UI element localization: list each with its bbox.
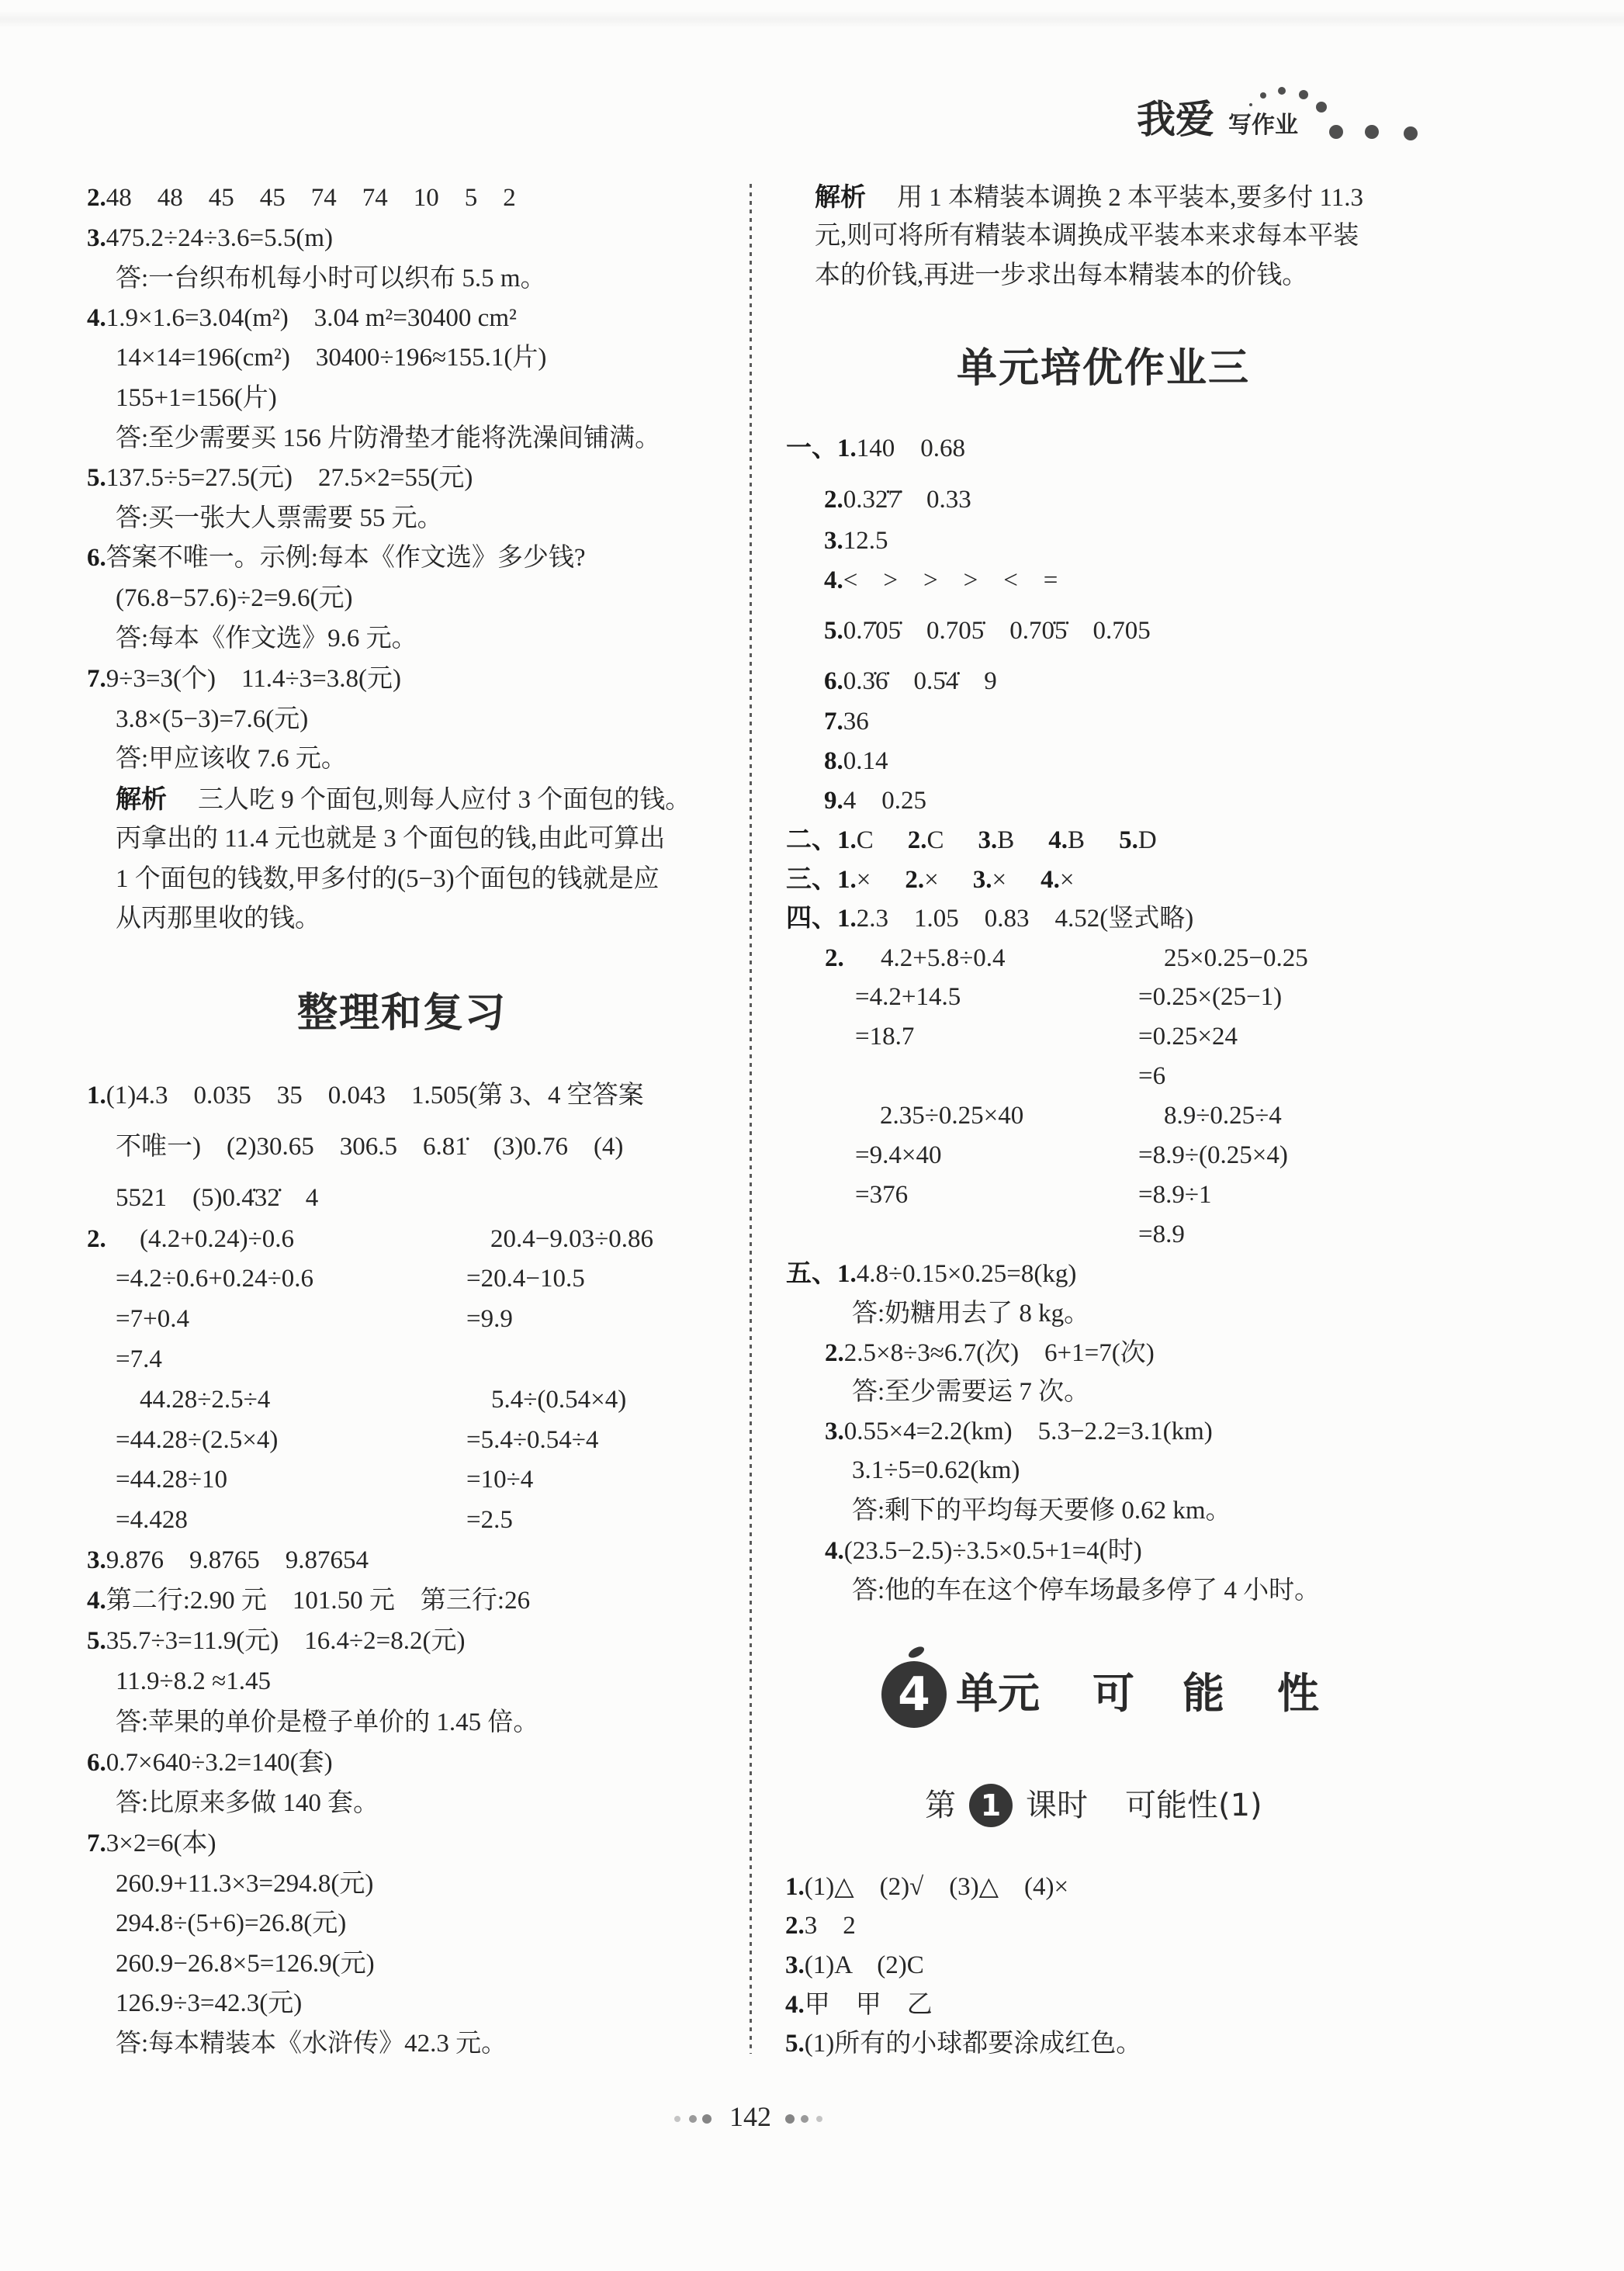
item-number: 3. — [973, 866, 992, 894]
answer-item: 9.4 0.25 — [824, 785, 926, 816]
calc-line: 11.9÷8.2 ≈1.45 — [116, 1666, 271, 1697]
answer-item: 3.0.55×4=2.2(km) 5.3−2.2=3.1(km) — [825, 1416, 1213, 1447]
item-number: 4. — [1048, 826, 1068, 854]
item-text: 12.5 — [843, 527, 888, 555]
item-text: < > > > < = — [843, 566, 1058, 594]
item-number: 2. — [825, 943, 844, 974]
calc-line: =8.9÷1 — [1138, 1179, 1211, 1210]
decorative-dot-icon — [1404, 126, 1418, 140]
calc-line: =18.7 — [855, 1021, 914, 1052]
decorative-dot-icon — [674, 2116, 680, 2122]
item-text: 3 2 — [805, 1912, 856, 1940]
item-text: 答案不唯一。示例:每本《作文选》多少钱? — [106, 544, 586, 572]
item-number: 2. — [824, 486, 843, 514]
calc-line: 4.2+5.8÷0.4 — [881, 943, 1005, 974]
answer-item: 一、1.140 0.68 — [786, 433, 965, 464]
decorative-dot-icon — [1249, 103, 1252, 106]
item-text: 137.5÷5=27.5(元) 27.5×2=55(元) — [106, 464, 473, 492]
item-text: 2.5×8÷3≈6.7(次) 6+1=7(次) — [844, 1339, 1155, 1367]
analysis-text: 三人吃 9 个面包,则每人应付 3 个面包的钱。 — [198, 786, 691, 814]
calc-line: =44.28÷10 — [116, 1464, 227, 1495]
item-number: 1. — [837, 434, 857, 462]
calc-line: =10÷4 — [466, 1464, 533, 1495]
part-label: 五、 — [786, 1260, 837, 1288]
calc-line: =4.428 — [116, 1504, 188, 1535]
answer-sentence: 答:他的车在这个停车场最多停了 4 小时。 — [852, 1575, 1320, 1606]
item-number: 2. — [87, 1224, 106, 1255]
answer-item: 5.0.7̇05̇ 0.705̇ 0.70̇5̇ 0.705 — [824, 615, 1151, 646]
item-number: 5. — [87, 464, 106, 492]
answer-sentence: 答:剩下的平均每天要修 0.62 km。 — [852, 1495, 1231, 1526]
decorative-dot-icon — [1278, 87, 1286, 95]
item-text: (1)4.3 0.035 35 0.043 1.505(第 3、4 空答案 — [106, 1082, 644, 1110]
calc-line: 3.1÷5=0.62(km) — [852, 1455, 1020, 1486]
calc-line: 3.8×(5−3)=7.6(元) — [116, 704, 308, 735]
answer-sentence: 答:一台织布机每小时可以织布 5.5 m。 — [116, 263, 546, 294]
decorative-dot-icon — [1329, 125, 1343, 139]
answer-item: 6.0.7×640÷3.2=140(套) — [87, 1747, 333, 1778]
calc-line: =9.4×40 — [855, 1140, 941, 1171]
item-number: 1. — [837, 866, 857, 894]
item-number: 3. — [824, 527, 843, 555]
decorative-dot-icon — [702, 2114, 712, 2124]
item-number: 8. — [824, 747, 843, 775]
answer-item: 6.0.3̇6̇ 0.5̇4̇ 9 — [824, 666, 997, 697]
answer-item: 3.12.5 — [824, 525, 888, 556]
answer-key-page: 我爱 写作业 2.48 48 45 45 74 74 10 5 2 3.475.… — [0, 0, 1624, 2271]
item-text: 4.8÷0.15×0.25=8(kg) — [857, 1260, 1077, 1288]
item-number: 4. — [825, 1537, 844, 1565]
item-number: 6. — [87, 544, 106, 572]
answer-item: 1.(1)4.3 0.035 35 0.043 1.505(第 3、4 空答案 — [87, 1080, 644, 1111]
item-text: 9÷3=3(个) 11.4÷3=3.8(元) — [106, 665, 401, 693]
choice-answer: 2.C — [908, 825, 944, 856]
judgement-answer: 1.× — [837, 864, 871, 895]
answer-item: 7.9÷3=3(个) 11.4÷3=3.8(元) — [87, 663, 401, 694]
decorative-dot-icon — [801, 2115, 809, 2123]
analysis-line: 1 个面包的钱数,甲多付的(5−3)个面包的钱就是应 — [116, 864, 660, 895]
answer-item: 4.(23.5−2.5)÷3.5×0.5+1=4(时) — [825, 1535, 1142, 1567]
answer-item: 7.36 — [824, 706, 869, 737]
calc-line: 14×14=196(cm²) 30400÷196≈155.1(片) — [116, 342, 546, 373]
calc-line: 25×0.25−0.25 — [1164, 943, 1308, 974]
leaf-icon — [907, 1644, 926, 1660]
item-text: 4 0.25 — [843, 787, 926, 815]
item-number: 1. — [837, 826, 857, 854]
item-number: 4. — [87, 304, 106, 332]
item-text: 0.55×4=2.2(km) 5.3−2.2=3.1(km) — [844, 1418, 1213, 1445]
judgement-answer: 3.× — [973, 864, 1006, 895]
calc-line: 126.9÷3=42.3(元) — [116, 1988, 302, 2019]
item-number: 7. — [87, 1830, 106, 1857]
scan-artifact — [0, 11, 1624, 28]
item-text: B — [997, 826, 1014, 854]
calc-line: =376 — [855, 1179, 908, 1210]
answer-item: 4.甲 甲 乙 — [785, 1989, 933, 2020]
decorative-dot-icon — [1260, 92, 1266, 99]
judgement-answer: 2.× — [905, 864, 938, 895]
analysis-text: 用 1 本精装本调换 2 本平装本,要多付 11.3 — [897, 184, 1363, 212]
item-number: 2. — [905, 866, 924, 894]
item-text: 2.3 1.05 0.83 4.52(竖式略) — [857, 905, 1193, 933]
item-number: 1. — [87, 1082, 106, 1110]
answer-item: 四、1.2.3 1.05 0.83 4.52(竖式略) — [786, 903, 1193, 934]
item-text: 475.2÷24÷3.6=5.5(m) — [106, 224, 333, 252]
calc-line: =8.9÷(0.25×4) — [1138, 1140, 1288, 1171]
unit-title-char: 能 — [1183, 1669, 1224, 1719]
answer-item: 6.答案不唯一。示例:每本《作文选》多少钱? — [87, 542, 586, 573]
decorative-dot-icon — [816, 2116, 822, 2122]
answer-line: 不唯一) (2)30.65 306.5 6.81̇ (3)0.76 (4) — [116, 1131, 623, 1162]
unit-label: 单元 — [956, 1669, 1040, 1719]
item-number: 9. — [824, 787, 843, 815]
calc-line: =7.4 — [116, 1344, 162, 1375]
calc-line: 2.35÷0.25×40 — [880, 1100, 1023, 1131]
item-text: 9.876 9.8765 9.87654 — [106, 1546, 369, 1574]
answer-item: 五、1.4.8÷0.15×0.25=8(kg) — [786, 1258, 1076, 1290]
analysis-line: 从丙那里收的钱。 — [116, 903, 320, 934]
answer-item: 3.9.876 9.8765 9.87654 — [87, 1545, 369, 1576]
section-title-unit-homework: 单元培优作业三 — [957, 344, 1250, 393]
brand-large-text: 我爱 — [1137, 96, 1214, 143]
answer-sentence: 答:甲应该收 7.6 元。 — [116, 743, 347, 774]
item-text: 0.7×640÷3.2=140(套) — [106, 1749, 333, 1777]
item-text: (1)所有的小球都要涂成红色。 — [805, 2030, 1141, 2058]
calc-line: =0.25×(25−1) — [1138, 981, 1282, 1013]
choice-answer: 4.B — [1048, 825, 1085, 856]
lesson-title: 可能性(1) — [1125, 1787, 1262, 1824]
section-title-review: 整理和复习 — [297, 988, 507, 1038]
item-text: D — [1138, 826, 1157, 854]
calc-line: (4.2+0.24)÷0.6 — [140, 1224, 294, 1255]
calc-line: 155+1=156(片) — [116, 383, 277, 414]
item-number: 3. — [785, 1951, 805, 1979]
calc-line: =2.5 — [466, 1504, 513, 1535]
answer-sentence: 答:每本精装本《水浒传》42.3 元。 — [116, 2028, 507, 2059]
calc-line: =9.9 — [466, 1303, 513, 1335]
answer-item: 2.0.32̇7̇ 0.33 — [824, 484, 971, 515]
item-text: 35.7÷3=11.9(元) 16.4÷2=8.2(元) — [106, 1627, 466, 1655]
calc-line: 44.28÷2.5÷4 — [140, 1384, 270, 1415]
answer-item: 4.第二行:2.90 元 101.50 元 第三行:26 — [87, 1585, 530, 1616]
analysis-line: 解析三人吃 9 个面包,则每人应付 3 个面包的钱。 — [116, 784, 691, 815]
decorative-dot-icon — [689, 2115, 697, 2123]
answer-item: 5.35.7÷3=11.9(元) 16.4÷2=8.2(元) — [87, 1625, 465, 1657]
answer-sentence: 答:每本《作文选》9.6 元。 — [116, 623, 417, 654]
lesson-number-badge: 1 — [969, 1784, 1013, 1827]
item-text: 0.7̇05̇ 0.705̇ 0.70̇5̇ 0.705 — [843, 617, 1151, 645]
decorative-dot-icon — [785, 2114, 795, 2124]
item-number: 3. — [87, 1546, 106, 1574]
part-label: 四、 — [786, 905, 837, 933]
item-text: 第二行:2.90 元 101.50 元 第三行:26 — [106, 1587, 530, 1615]
calc-line: =5.4÷0.54÷4 — [466, 1425, 598, 1456]
calc-line: =7+0.4 — [116, 1303, 189, 1335]
judgement-answer: 4.× — [1041, 864, 1074, 895]
item-text: 1.9×1.6=3.04(m²) 3.04 m²=30400 cm² — [106, 304, 517, 332]
answer-item: 7.3×2=6(本) — [87, 1828, 216, 1859]
item-number: 2. — [785, 1912, 805, 1940]
part-label: 三、 — [786, 866, 837, 894]
item-number: 6. — [824, 667, 843, 695]
analysis-label: 解析 — [815, 182, 866, 212]
item-number: 2. — [825, 1339, 844, 1367]
brand-small-text: 写作业 — [1228, 112, 1298, 140]
item-number: 3. — [87, 224, 106, 252]
item-text: 0.14 — [843, 747, 888, 775]
choice-answer: 3.B — [978, 825, 1015, 856]
answer-item: 2.2.5×8÷3≈6.7(次) 6+1=7(次) — [825, 1338, 1155, 1369]
item-number: 5. — [824, 617, 843, 645]
answer-item: 4.< > > > < = — [824, 565, 1058, 596]
calc-line: =20.4−10.5 — [466, 1263, 585, 1294]
cross-mark-icon: × — [1060, 866, 1075, 894]
cross-mark-icon: × — [857, 866, 871, 894]
lesson-prefix: 第 — [925, 1787, 956, 1824]
item-text: (1)A (2)C — [805, 1951, 924, 1979]
unit-title-char: 可 — [1092, 1669, 1134, 1719]
answer-item: 5.(1)所有的小球都要涂成红色。 — [785, 2028, 1141, 2059]
column-divider — [750, 184, 752, 2054]
calc-line: =44.28÷(2.5×4) — [116, 1425, 278, 1456]
item-number: 4. — [785, 1991, 805, 2019]
answer-item: 4.1.9×1.6=3.04(m²) 3.04 m²=30400 cm² — [87, 303, 517, 334]
analysis-line: 元,则可将所有精装本调换成平装本来求每本平装 — [815, 220, 1359, 251]
item-text: 甲 甲 乙 — [805, 1991, 933, 2019]
item-text: 36 — [843, 708, 869, 736]
calc-line: 294.8÷(5+6)=26.8(元) — [116, 1908, 346, 1939]
answer-sentence: 答:至少需要买 156 片防滑垫才能将洗澡间铺满。 — [116, 423, 660, 454]
answer-item: 5.137.5÷5=27.5(元) 27.5×2=55(元) — [87, 462, 473, 493]
cross-mark-icon: × — [992, 866, 1007, 894]
item-number: 5. — [1119, 826, 1138, 854]
answer-item: 2.48 48 45 45 74 74 10 5 2 — [87, 182, 516, 213]
choice-answer: 5.D — [1119, 825, 1157, 856]
item-number: 7. — [87, 665, 106, 693]
analysis-line: 解析用 1 本精装本调换 2 本平装本,要多付 11.3 — [815, 182, 1363, 213]
answer-item: 3.(1)A (2)C — [785, 1950, 924, 1981]
item-text: 0.32̇7̇ 0.33 — [843, 486, 971, 514]
calc-line: (76.8−57.6)÷2=9.6(元) — [116, 583, 353, 614]
item-number: 7. — [824, 708, 843, 736]
item-number: 1. — [785, 1873, 805, 1901]
calc-line: =4.2+14.5 — [855, 981, 961, 1013]
item-number: 5. — [785, 2030, 805, 2058]
item-text: 48 48 45 45 74 74 10 5 2 — [106, 184, 516, 212]
calc-line: =4.2÷0.6+0.24÷0.6 — [116, 1263, 313, 1294]
item-text: 140 0.68 — [857, 434, 965, 462]
judgement-answers-row: 三、1.×2.×3.×4.× — [786, 864, 1109, 895]
analysis-line: 丙拿出的 11.4 元也就是 3 个面包的钱,由此可算出 — [116, 823, 665, 854]
item-number: 1. — [837, 1260, 857, 1288]
item-number-label: 2. — [825, 944, 844, 972]
analysis-label: 解析 — [116, 784, 167, 814]
lesson-suffix: 课时 — [1026, 1787, 1088, 1824]
answer-item: 3.475.2÷24÷3.6=5.5(m) — [87, 223, 333, 254]
answer-item: 1.(1)△ (2)√ (3)△ (4)× — [785, 1871, 1068, 1902]
item-number: 2. — [87, 184, 106, 212]
item-text: 3×2=6(本) — [106, 1830, 216, 1857]
answer-item: 8.0.14 — [824, 746, 888, 777]
decorative-dot-icon — [1316, 102, 1327, 113]
calc-line: 20.4−9.03÷0.86 — [490, 1224, 653, 1255]
item-number: 4. — [87, 1587, 106, 1615]
calc-line: 260.9+11.3×3=294.8(元) — [116, 1868, 373, 1899]
answer-sentence: 答:奶糖用去了 8 kg。 — [852, 1298, 1089, 1329]
unit-number-badge: 4 — [881, 1661, 947, 1728]
answer-sentence: 答:苹果的单价是橙子单价的 1.45 倍。 — [116, 1707, 538, 1738]
analysis-line: 本的价钱,再进一步求出每本精装本的价钱。 — [815, 260, 1307, 291]
page-number: 142 — [729, 2101, 771, 2132]
item-text: C — [927, 826, 944, 854]
item-number: 4. — [824, 566, 843, 594]
item-text: C — [857, 826, 874, 854]
part-label: 二、 — [786, 826, 837, 854]
item-number: 3. — [825, 1418, 844, 1445]
answer-line: 5521 (5)0.4̇32̇ 4 — [116, 1182, 318, 1213]
part-label: 一、 — [786, 434, 837, 462]
item-number: 5. — [87, 1627, 106, 1655]
calc-line: =8.9 — [1138, 1219, 1185, 1250]
item-number: 4. — [1041, 866, 1060, 894]
item-text: (23.5−2.5)÷3.5×0.5+1=4(时) — [844, 1537, 1142, 1565]
item-number-label: 2. — [87, 1225, 106, 1253]
answer-sentence: 答:至少需要运 7 次。 — [852, 1376, 1089, 1407]
answer-sentence: 答:买一张大人票需要 55 元。 — [116, 503, 443, 534]
calc-line: 5.4÷(0.54×4) — [491, 1384, 626, 1415]
choice-answer: 1.C — [837, 825, 874, 856]
item-text: (1)△ (2)√ (3)△ (4)× — [805, 1873, 1068, 1901]
unit-title-char: 性 — [1277, 1669, 1319, 1719]
item-number: 6. — [87, 1749, 106, 1777]
item-number: 2. — [908, 826, 927, 854]
item-text: 0.3̇6̇ 0.5̇4̇ 9 — [843, 667, 997, 695]
answer-sentence: 答:比原来多做 140 套。 — [116, 1788, 379, 1819]
choice-answers-row: 二、1.C2.C3.B4.B5.D — [786, 825, 1191, 856]
answer-item: 2.3 2 — [785, 1910, 856, 1941]
item-number: 1. — [837, 905, 857, 933]
calc-line: 260.9−26.8×5=126.9(元) — [116, 1948, 375, 1979]
decorative-dot-icon — [1365, 125, 1379, 139]
calc-line: =0.25×24 — [1138, 1021, 1238, 1052]
item-number: 3. — [978, 826, 998, 854]
calc-line: 8.9÷0.25÷4 — [1164, 1100, 1282, 1131]
decorative-dot-icon — [1299, 90, 1308, 99]
item-text: B — [1068, 826, 1085, 854]
cross-mark-icon: × — [924, 866, 939, 894]
calc-line: =6 — [1138, 1061, 1165, 1092]
